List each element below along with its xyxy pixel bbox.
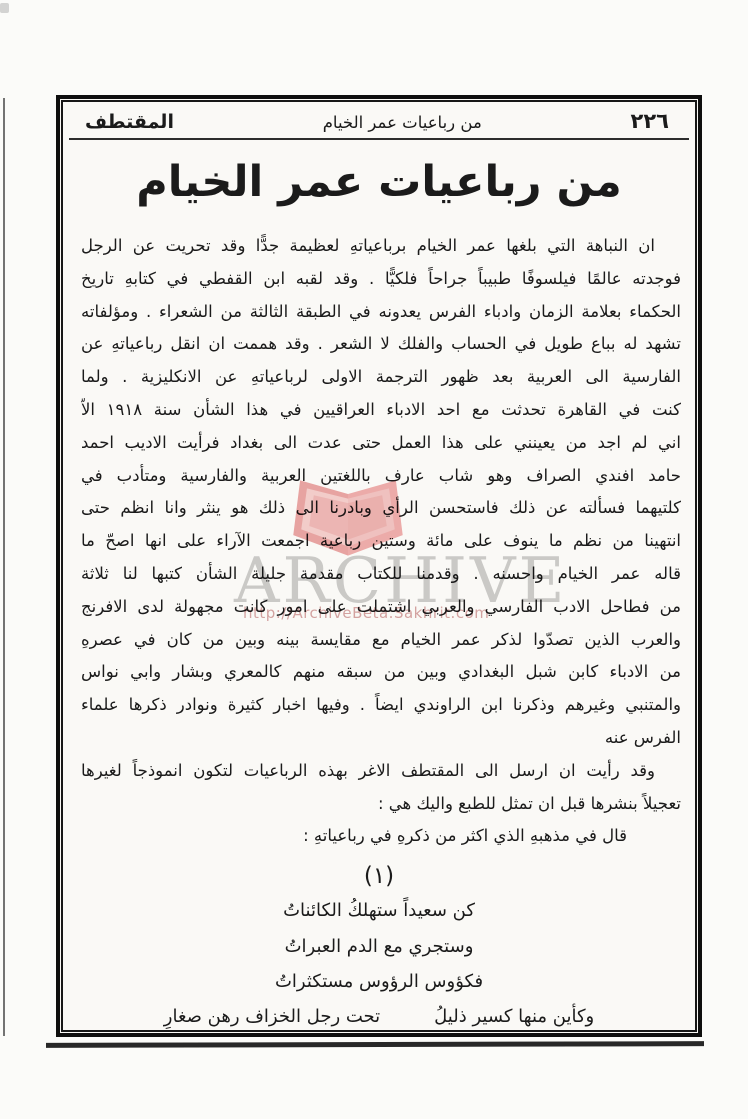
body-line: والمتنبي وغيرهم وذكرنا ابن الراوندي ايضا…	[81, 689, 681, 722]
body-line: قال في مذهبهِ الذي اكثر من ذكرهِ في رباع…	[81, 820, 681, 853]
body-line: الحكماء بعلامة الزمان وادباء الفرس يعدون…	[81, 296, 681, 329]
body-line: والعرب الذين تصدّوا لذكر عمر الخيام مع م…	[81, 624, 681, 657]
watermark-url-text: http://ArchiveBeta.Sakhrit.com	[243, 604, 489, 622]
article-title: من رباعيات عمر الخيام	[69, 152, 689, 212]
poem-line: كن سعيداً ستهلكُ الكائناتُ	[69, 893, 689, 929]
scanned-page: { "header": { "magazine_title": "المقتطف…	[0, 0, 748, 1119]
page-header: ٢٢٦ من رباعيات عمر الخيام المقتطف	[69, 102, 689, 140]
body-line: ان النباهة التي بلغها عمر الخيام برباعيا…	[81, 230, 681, 263]
scan-corner-smudge	[0, 3, 9, 13]
body-line: تشهد له بباع طويل في الحساب والفلك لا ال…	[81, 328, 681, 361]
poem-block: كن سعيداً ستهلكُ الكائناتُ وستجري مع الد…	[69, 893, 689, 1033]
poem-line: وستجري مع الدم العبراتُ	[69, 929, 689, 965]
running-title: من رباعيات عمر الخيام	[323, 113, 482, 132]
frame-bottom-shadow-rule	[46, 1041, 704, 1048]
body-line: كنت في القاهرة تحدثت مع احد الادباء العر…	[81, 394, 681, 427]
body-line: وقد رأيت ان ارسل الى المقتطف الاغر بهذه …	[81, 755, 681, 788]
body-line: تعجيلاً بنشرها قبل ان تمثل للطبع واليك ه…	[81, 788, 681, 821]
body-line: من الادباء كابن شبل البغدادي وبين من سبق…	[81, 656, 681, 689]
poem-section-number: (١)	[69, 861, 689, 891]
scan-page-edge-line	[3, 98, 5, 1036]
page-number: ٢٢٦	[631, 109, 669, 133]
poem-last-line: وكأين منها كسير ذليلُ تحت رجل الخزاف رهن…	[69, 1000, 689, 1033]
body-line: الفرس عنه	[81, 722, 681, 755]
magazine-title: المقتطف	[85, 111, 174, 133]
body-line: اني لم اجد من يعينني على هذا العمل حتى ع…	[81, 427, 681, 460]
poem-line: فكؤوس الرؤوس مستكثراتُ	[69, 964, 689, 1000]
body-line: الفارسية الى العربية بعد ظهور الترجمة ال…	[81, 361, 681, 394]
body-line: فوجدته عالمًا فيلسوفًا طبيباً جراحاً فلك…	[81, 263, 681, 296]
poem-hemistich-first: وكأين منها كسير ذليلُ	[434, 1000, 594, 1033]
poem-hemistich-second: تحت رجل الخزاف رهن صغارِ	[164, 1000, 380, 1033]
